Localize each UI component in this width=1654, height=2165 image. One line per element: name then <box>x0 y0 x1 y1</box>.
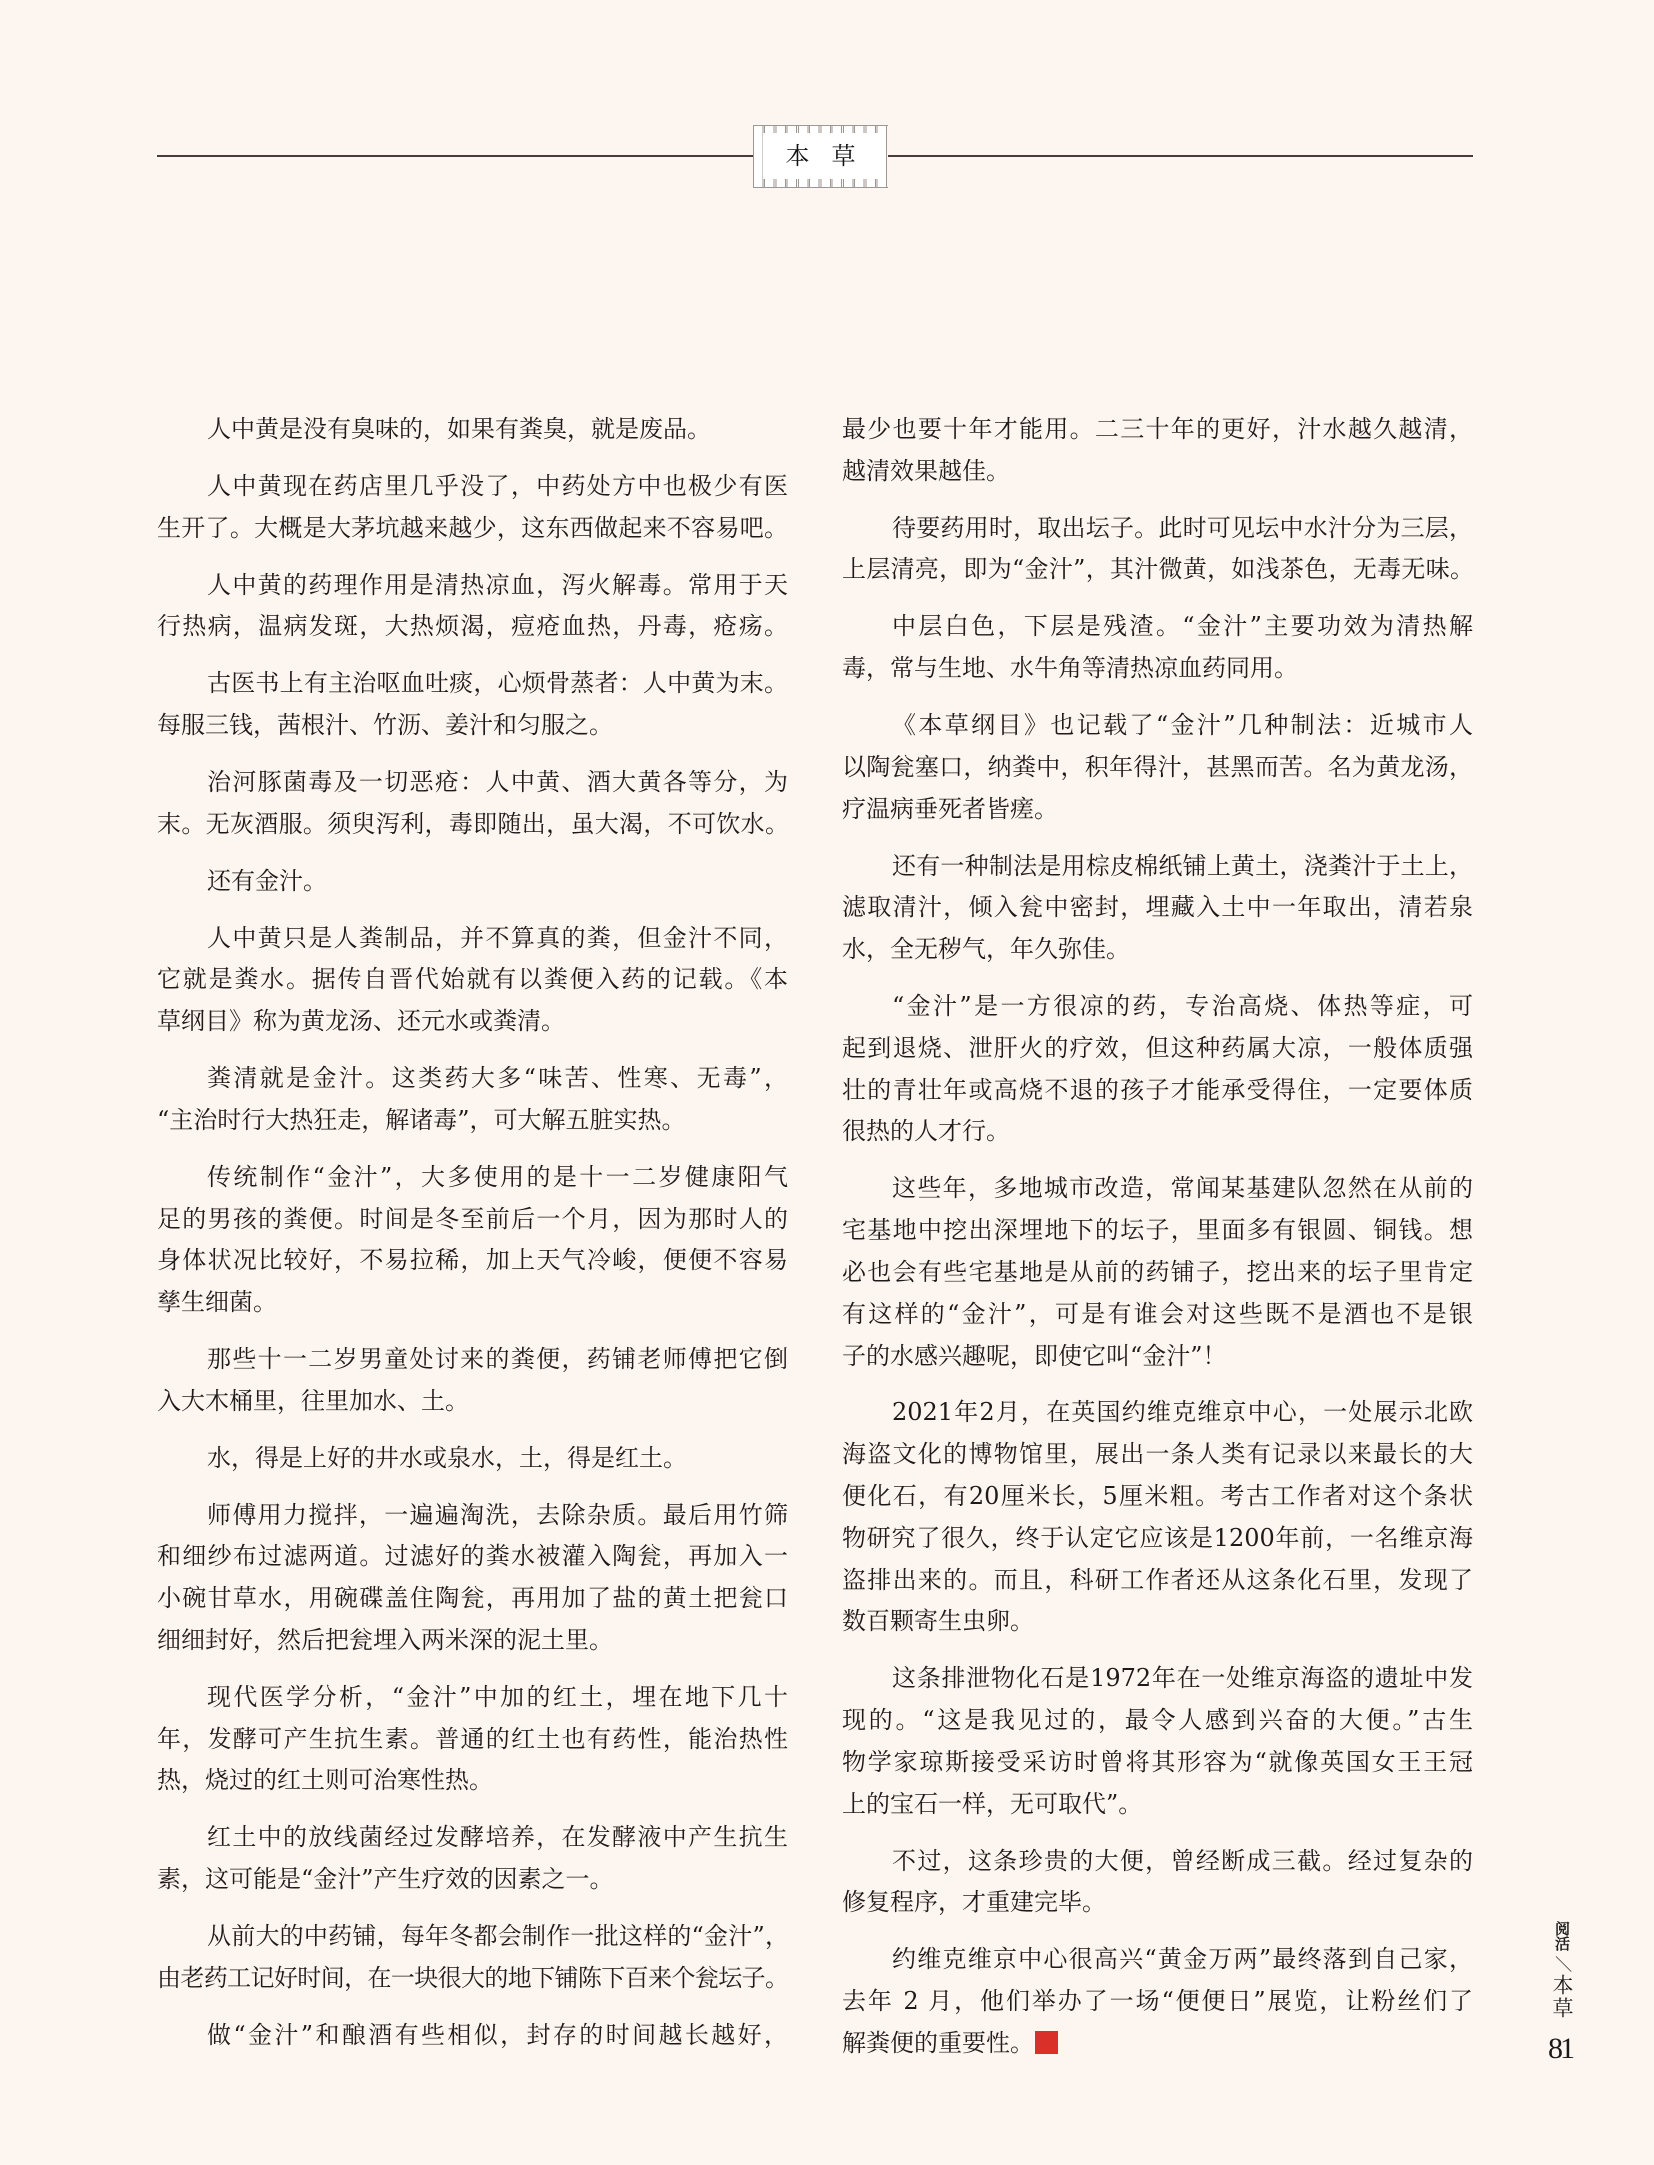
paragraph: 红土中的放线菌经过发酵培养，在发酵液中产生抗生 素，这可能是“金汁”产生疗效的因… <box>157 1817 788 1901</box>
text-line: 人中黄是没有臭味的，如果有粪臭，就是废品。 <box>157 409 788 451</box>
paragraph: 还有金汁。 <box>157 861 788 903</box>
text-line: 细细封好，然后把瓮埋入两米深的泥土里。 <box>157 1620 788 1662</box>
text-line: “金汁”是一方很凉的药，专治高烧、体热等症，可 <box>842 986 1473 1028</box>
text-line: 人中黄现在药店里几乎没了，中药处方中也极少有医 <box>157 466 788 508</box>
text-line: 这些年，多地城市改造，常闻某基建队忽然在从前的 <box>842 1168 1473 1210</box>
text-line: 人中黄只是人粪制品，并不算真的粪，但金汁不同， <box>157 918 788 960</box>
text-line: 由老药工记好时间，在一块很大的地下铺陈下百来个瓮坛子。 <box>157 1958 788 2000</box>
paragraph: 从前大的中药铺，每年冬都会制作一批这样的“金汁”， 由老药工记好时间，在一块很大… <box>157 1916 788 2000</box>
text-line: 还有金汁。 <box>157 861 788 903</box>
text-line: 还有一种制法是用棕皮棉纸铺上黄土，浇粪汁于土上， <box>842 846 1473 888</box>
paragraph: 还有一种制法是用棕皮棉纸铺上黄土，浇粪汁于土上， 滤取清汁，倾入瓮中密封，埋藏入… <box>842 846 1473 971</box>
header-rule-left <box>157 155 753 157</box>
paragraph: 《本草纲目》也记载了“金汁”几种制法：近城市人 以陶瓮塞口，纳粪中，积年得汁，甚… <box>842 705 1473 830</box>
paragraph: 粪清就是金汁。这类药大多“味苦、性寒、无毒”， “主治时行大热狂走，解诸毒”，可… <box>157 1058 788 1142</box>
page-number: 81 <box>1548 2034 1572 2064</box>
text-line: 宅基地中挖出深埋地下的坛子，里面多有银圆、铜钱。想 <box>842 1210 1473 1252</box>
paragraph: 2021年2月，在英国约维克维京中心，一处展示北欧 海盗文化的博物馆里，展出一条… <box>842 1392 1473 1643</box>
text-line-final: 解粪便的重要性。 <box>842 2023 1473 2065</box>
text-line: 身体状况比较好，不易拉稀，加上天气冷峻，便便不容易 <box>157 1240 788 1282</box>
text-line: 治河豚菌毒及一切恶疮：人中黄、酒大黄各等分，为 <box>157 762 788 804</box>
text-line: 上层清亮，即为“金汁”，其汁微黄，如浅茶色，无毒无味。 <box>842 549 1473 591</box>
end-of-article-square-icon <box>1035 2031 1058 2054</box>
text-line: 最少也要十年才能用。二三十年的更好，汁水越久越清， <box>842 409 1473 451</box>
paragraph: 做“金汁”和酿酒有些相似，封存的时间越长越好， <box>157 2015 788 2057</box>
paragraph: 水，得是上好的井水或泉水，土，得是红土。 <box>157 1438 788 1480</box>
paragraph: 传统制作“金汁”，大多使用的是十一二岁健康阳气 足的男孩的粪便。时间是冬至前后一… <box>157 1157 788 1324</box>
text-line: 这条排泄物化石是1972年在一处维京海盗的遗址中发 <box>842 1658 1473 1700</box>
text-line: 足的男孩的粪便。时间是冬至前后一个月，因为那时人的 <box>157 1199 788 1241</box>
text-line: 去年 2 月，他们举办了一场“便便日”展览，让粉丝们了 <box>842 1981 1473 2023</box>
text-line: 粪清就是金汁。这类药大多“味苦、性寒、无毒”， <box>157 1058 788 1100</box>
text-line: 热，烧过的红土则可治寒性热。 <box>157 1760 788 1802</box>
section-name-vertical: 本草 <box>1551 1974 1573 2020</box>
text-line: 它就是粪水。据传自晋代始就有以粪便入药的记载。《本 <box>157 959 788 1001</box>
text-line: 约维克维京中心很高兴“黄金万两”最终落到自己家， <box>842 1939 1473 1981</box>
paragraph: 古医书上有主治呕血吐痰，心烦骨蒸者：人中黄为末。 每服三钱，茜根汁、竹沥、姜汁和… <box>157 663 788 747</box>
text-line: 起到退烧、泄肝火的疗效，但这种药属大凉，一般体质强 <box>842 1028 1473 1070</box>
text-line: 滤取清汁，倾入瓮中密封，埋藏入土中一年取出，清若泉 <box>842 887 1473 929</box>
text-line: 子的水感兴趣呢，即使它叫“金汁”！ <box>842 1336 1473 1378</box>
paragraph: 治河豚菌毒及一切恶疮：人中黄、酒大黄各等分，为 末。无灰酒服。须臾泻利，毒即随出… <box>157 762 788 846</box>
text-line: 疗温病垂死者皆瘥。 <box>842 789 1473 831</box>
text-line: 红土中的放线菌经过发酵培养，在发酵液中产生抗生 <box>157 1817 788 1859</box>
text-line: 和细纱布过滤两道。过滤好的粪水被灌入陶瓮，再加入一 <box>157 1536 788 1578</box>
paragraph: 不过，这条珍贵的大便，曾经断成三截。经过复杂的 修复程序，才重建完毕。 <box>842 1841 1473 1925</box>
text-line: 待要药用时，取出坛子。此时可见坛中水汁分为三层， <box>842 508 1473 550</box>
article-column-left: 人中黄是没有臭味的，如果有粪臭，就是废品。 人中黄现在药店里几乎没了，中药处方中… <box>157 409 788 2072</box>
article-column-right: 最少也要十年才能用。二三十年的更好，汁水越久越清， 越清效果越佳。 待要药用时，… <box>842 409 1473 2080</box>
text-line: 每服三钱，茜根汁、竹沥、姜汁和匀服之。 <box>157 705 788 747</box>
text-line: 从前大的中药铺，每年冬都会制作一批这样的“金汁”， <box>157 1916 788 1958</box>
paragraph: “金汁”是一方很凉的药，专治高烧、体热等症，可 起到退烧、泄肝火的疗效，但这种药… <box>842 986 1473 1153</box>
label-separator: ／ <box>1553 1955 1571 1973</box>
text-line: 2021年2月，在英国约维克维京中心，一处展示北欧 <box>842 1392 1473 1434</box>
text-line: 有这样的“金汁”，可是有谁会对这些既不是酒也不是银 <box>842 1294 1473 1336</box>
paragraph: 中层白色，下层是残渣。“金汁”主要功效为清热解 毒，常与生地、水牛角等清热凉血药… <box>842 606 1473 690</box>
text-line: 毒，常与生地、水牛角等清热凉血药同用。 <box>842 648 1473 690</box>
text-line: 《本草纲目》也记载了“金汁”几种制法：近城市人 <box>842 705 1473 747</box>
text-line: 修复程序，才重建完毕。 <box>842 1882 1473 1924</box>
section-header-panel: 本草 <box>763 133 878 179</box>
paragraph: 这些年，多地城市改造，常闻某基建队忽然在从前的 宅基地中挖出深埋地下的坛子，里面… <box>842 1168 1473 1377</box>
text-line: 末。无灰酒服。须臾泻利，毒即随出，虽大渴，不可饮水。 <box>157 804 788 846</box>
text-line: 中层白色，下层是残渣。“金汁”主要功效为清热解 <box>842 606 1473 648</box>
text-line: 孳生细菌。 <box>157 1282 788 1324</box>
text-line: 行热病，温病发斑，大热烦渴，痘疮血热，丹毒，疮疡。 <box>157 606 788 648</box>
text-line: 生开了。大概是大茅坑越来越少，这东西做起来不容易吧。 <box>157 508 788 550</box>
text-line: 那些十一二岁男童处讨来的粪便，药铺老师傅把它倒 <box>157 1339 788 1381</box>
text-line: 小碗甘草水，用碗碟盖住陶瓮，再用加了盐的黄土把瓮口 <box>157 1578 788 1620</box>
paragraph: 这条排泄物化石是1972年在一处维京海盗的遗址中发 现的。“这是我见过的，最令人… <box>842 1658 1473 1825</box>
section-header-frame: 本草 <box>753 125 888 188</box>
section-title: 本草 <box>764 144 878 168</box>
text-line: 很热的人才行。 <box>842 1111 1473 1153</box>
text-line: 以陶瓮塞口，纳粪中，积年得汁，甚黑而苦。名为黄龙汤， <box>842 747 1473 789</box>
paragraph: 人中黄的药理作用是清热凉血，泻火解毒。常用于天 行热病，温病发斑，大热烦渴，痘疮… <box>157 565 788 649</box>
text-line: 入大木桶里，往里加水、土。 <box>157 1381 788 1423</box>
text-line: 数百颗寄生虫卵。 <box>842 1601 1473 1643</box>
paragraph: 待要药用时，取出坛子。此时可见坛中水汁分为三层， 上层清亮，即为“金汁”，其汁微… <box>842 508 1473 592</box>
text-line: 素，这可能是“金汁”产生疗效的因素之一。 <box>157 1859 788 1901</box>
text-line: 壮的青壮年或高烧不退的孩子才能承受得住，一定要体质 <box>842 1070 1473 1112</box>
text-line: 物研究了很久，终于认定它应该是1200年前，一名维京海 <box>842 1518 1473 1560</box>
paragraph: 约维克维京中心很高兴“黄金万两”最终落到自己家， 去年 2 月，他们举办了一场“… <box>842 1939 1473 2064</box>
text-line: 人中黄的药理作用是清热凉血，泻火解毒。常用于天 <box>157 565 788 607</box>
text-line: 海盗文化的博物馆里，展出一条人类有记录以来最长的大 <box>842 1434 1473 1476</box>
text-line: 草纲目》称为黄龙汤、还元水或粪清。 <box>157 1001 788 1043</box>
text-line: 水，全无秽气，年久弥佳。 <box>842 929 1473 971</box>
text-line: 越清效果越佳。 <box>842 451 1473 493</box>
text-line: 盗排出来的。而且，科研工作者还从这条化石里，发现了 <box>842 1560 1473 1602</box>
text-line: 上的宝石一样，无可取代”。 <box>842 1784 1473 1826</box>
paragraph: 人中黄是没有臭味的，如果有粪臭，就是废品。 <box>157 409 788 451</box>
paragraph: 那些十一二岁男童处讨来的粪便，药铺老师傅把它倒 入大木桶里，往里加水、土。 <box>157 1339 788 1423</box>
paragraph: 人中黄只是人粪制品，并不算真的粪，但金汁不同， 它就是粪水。据传自晋代始就有以粪… <box>157 918 788 1043</box>
text-line: 现的。“这是我见过的，最令人感到兴奋的大便。”古生 <box>842 1700 1473 1742</box>
text-line: 必也会有些宅基地是从前的药铺子，挖出来的坛子里肯定 <box>842 1252 1473 1294</box>
text-line: 年，发酵可产生抗生素。普通的红土也有药性，能治热性 <box>157 1719 788 1761</box>
text-line: 便化石，有20厘米长，5厘米粗。考古工作者对这个条状 <box>842 1476 1473 1518</box>
paragraph: 最少也要十年才能用。二三十年的更好，汁水越久越清， 越清效果越佳。 <box>842 409 1473 493</box>
text-line: 做“金汁”和酿酒有些相似，封存的时间越长越好， <box>157 2015 788 2057</box>
text-line: 现代医学分析，“金汁”中加的红土，埋在地下几十 <box>157 1677 788 1719</box>
paragraph: 师傅用力搅拌，一遍遍淘洗，去除杂质。最后用竹筛 和细纱布过滤两道。过滤好的粪水被… <box>157 1495 788 1662</box>
paragraph: 现代医学分析，“金汁”中加的红土，埋在地下几十 年，发酵可产生抗生素。普通的红土… <box>157 1677 788 1802</box>
text-line: 传统制作“金汁”，大多使用的是十一二岁健康阳气 <box>157 1157 788 1199</box>
magazine-name-vertical: 阅活 <box>1554 1921 1570 1951</box>
header-rule-right <box>888 155 1473 157</box>
text-line: 物学家琼斯接受采访时曾将其形容为“就像英国女王王冠 <box>842 1742 1473 1784</box>
text-line: 不过，这条珍贵的大便，曾经断成三截。经过复杂的 <box>842 1841 1473 1883</box>
text-line: 水，得是上好的井水或泉水，土，得是红土。 <box>157 1438 788 1480</box>
paragraph: 人中黄现在药店里几乎没了，中药处方中也极少有医 生开了。大概是大茅坑越来越少，这… <box>157 466 788 550</box>
text-line: “主治时行大热狂走，解诸毒”，可大解五脏实热。 <box>157 1100 788 1142</box>
text-line: 古医书上有主治呕血吐痰，心烦骨蒸者：人中黄为末。 <box>157 663 788 705</box>
final-line-text: 解粪便的重要性。 <box>842 2029 1034 2057</box>
text-line: 师傅用力搅拌，一遍遍淘洗，去除杂质。最后用竹筛 <box>157 1495 788 1537</box>
